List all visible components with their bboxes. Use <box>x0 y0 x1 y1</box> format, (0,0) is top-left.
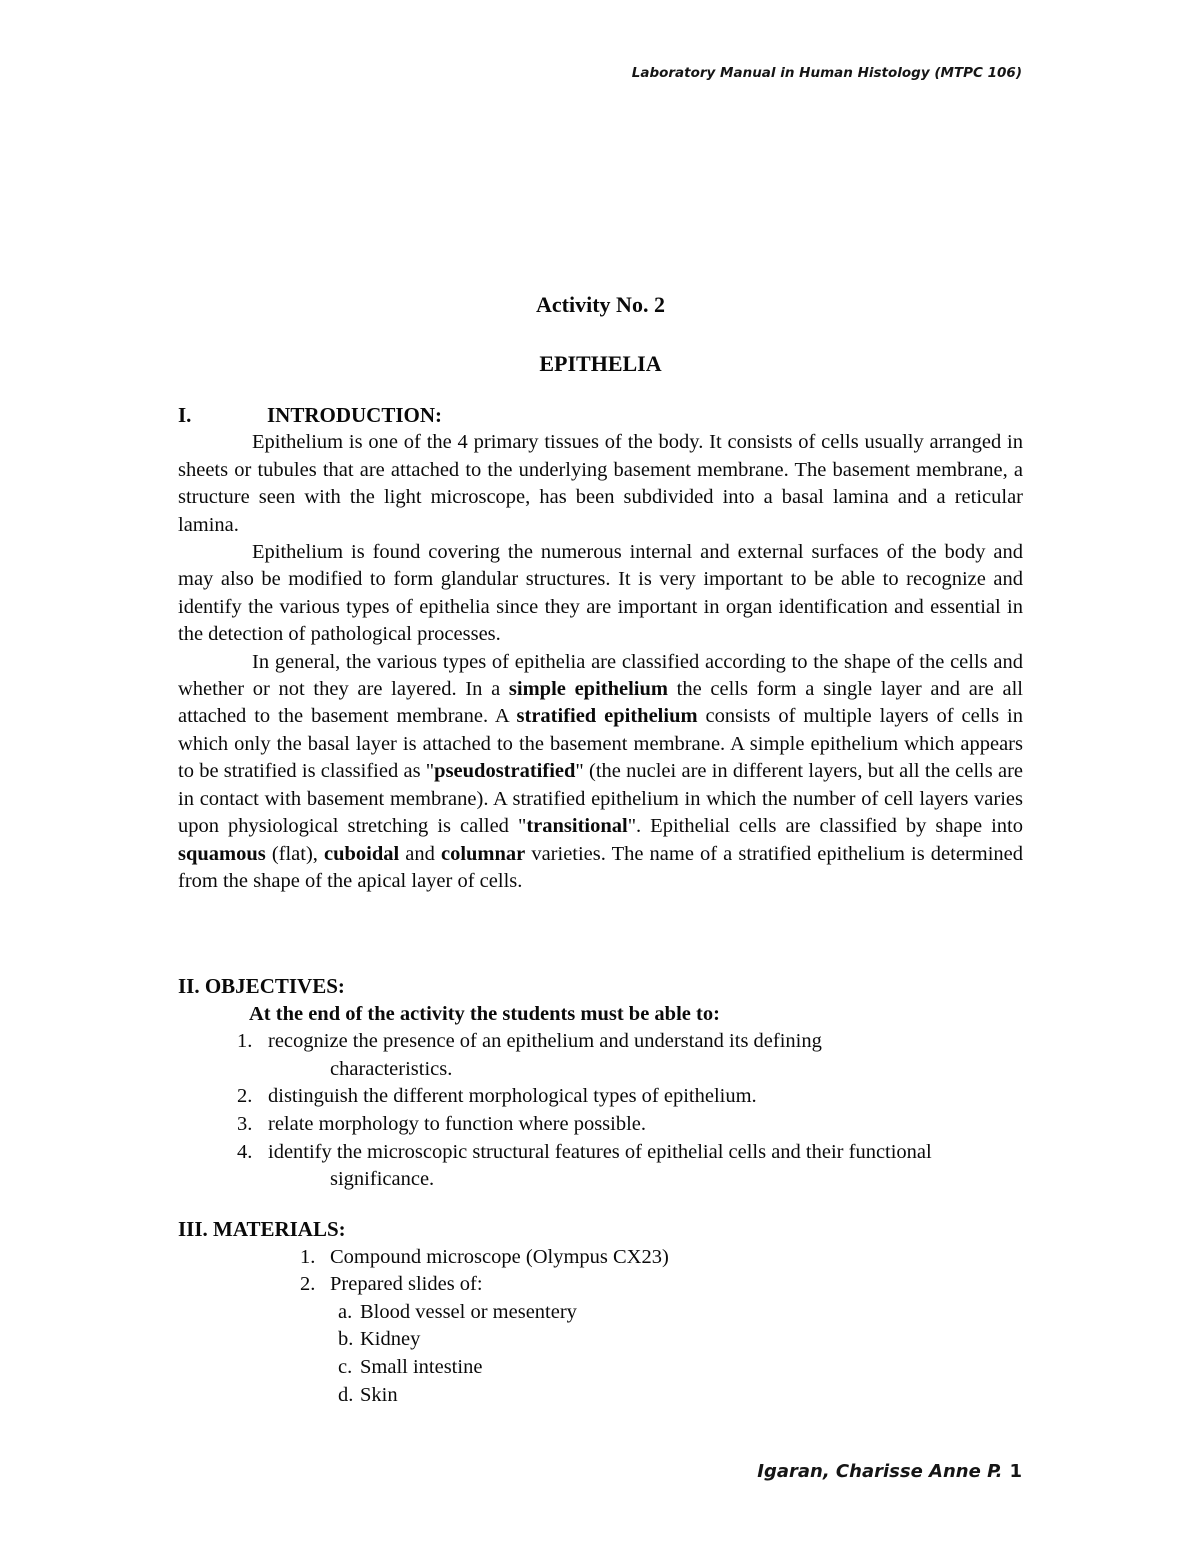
section-materials: III. MATERIALS: 1. Compound microscope (… <box>178 1216 1023 1409</box>
document-page: Laboratory Manual in Human Histology (MT… <box>0 0 1200 1553</box>
slide-c-marker: c. <box>338 1354 360 1382</box>
introduction-section-number: I. <box>178 402 267 429</box>
footer-page-number: 1 <box>1009 1461 1022 1482</box>
objective-3-marker: 3. <box>237 1111 268 1139</box>
slide-d-marker: d. <box>338 1382 360 1410</box>
material-1-marker: 1. <box>300 1244 330 1272</box>
page-header: Laboratory Manual in Human Histology (MT… <box>632 65 1022 81</box>
objective-4-text: identify the microscopic structural feat… <box>268 1139 932 1167</box>
title-block: Activity No. 2 EPITHELIA <box>178 292 1023 377</box>
objective-item-2: 2. distinguish the different morphologic… <box>178 1083 1023 1111</box>
objective-1-text: recognize the presence of an epithelium … <box>268 1028 822 1056</box>
slide-b-marker: b. <box>338 1326 360 1354</box>
objective-2-text: distinguish the different morphological … <box>268 1083 757 1111</box>
slide-item-a: a. Blood vessel or mesentery <box>178 1299 1023 1327</box>
objectives-subheading: At the end of the activity the students … <box>178 1001 1023 1029</box>
slide-a-marker: a. <box>338 1299 360 1327</box>
slide-a-text: Blood vessel or mesentery <box>360 1299 577 1327</box>
footer-author-name: Igaran, Charisse Anne P. <box>757 1461 1002 1482</box>
objective-1-continuation: characteristics. <box>178 1056 1023 1084</box>
objectives-heading: II. OBJECTIVES: <box>178 973 1023 1001</box>
slide-c-text: Small intestine <box>360 1354 482 1382</box>
intro-paragraph-3: In general, the various types of epithel… <box>178 649 1023 896</box>
slide-b-text: Kidney <box>360 1326 420 1354</box>
objective-item-4: 4. identify the microscopic structural f… <box>178 1139 1023 1167</box>
objective-3-text: relate morphology to function where poss… <box>268 1111 646 1139</box>
intro-paragraph-1: Epithelium is one of the 4 primary tissu… <box>178 429 1023 539</box>
page-footer: Igaran, Charisse Anne P.1 <box>757 1461 1022 1482</box>
material-2-marker: 2. <box>300 1271 330 1299</box>
slide-item-b: b. Kidney <box>178 1326 1023 1354</box>
activity-title: Activity No. 2 <box>178 292 1023 318</box>
intro-paragraph-2: Epithelium is found covering the numerou… <box>178 539 1023 649</box>
slide-d-text: Skin <box>360 1382 398 1410</box>
objective-2-marker: 2. <box>237 1083 268 1111</box>
slide-item-d: d. Skin <box>178 1382 1023 1410</box>
section-objectives: II. OBJECTIVES: At the end of the activi… <box>178 973 1023 1194</box>
materials-heading: III. MATERIALS: <box>178 1216 1023 1244</box>
section-introduction: I.INTRODUCTION: Epithelium is one of the… <box>178 402 1023 895</box>
activity-subtitle: EPITHELIA <box>178 351 1023 377</box>
introduction-section-title: INTRODUCTION: <box>267 403 442 427</box>
material-item-1: 1. Compound microscope (Olympus CX23) <box>178 1244 1023 1272</box>
material-item-2: 2. Prepared slides of: <box>178 1271 1023 1299</box>
objective-item-1: 1. recognize the presence of an epitheli… <box>178 1028 1023 1056</box>
material-2-text: Prepared slides of: <box>330 1271 483 1299</box>
introduction-heading: I.INTRODUCTION: <box>178 402 1023 429</box>
objective-item-3: 3. relate morphology to function where p… <box>178 1111 1023 1139</box>
material-1-text: Compound microscope (Olympus CX23) <box>330 1244 669 1272</box>
slide-item-c: c. Small intestine <box>178 1354 1023 1382</box>
objective-4-continuation: significance. <box>178 1166 1023 1194</box>
objective-4-marker: 4. <box>237 1139 268 1167</box>
objective-1-marker: 1. <box>237 1028 268 1056</box>
